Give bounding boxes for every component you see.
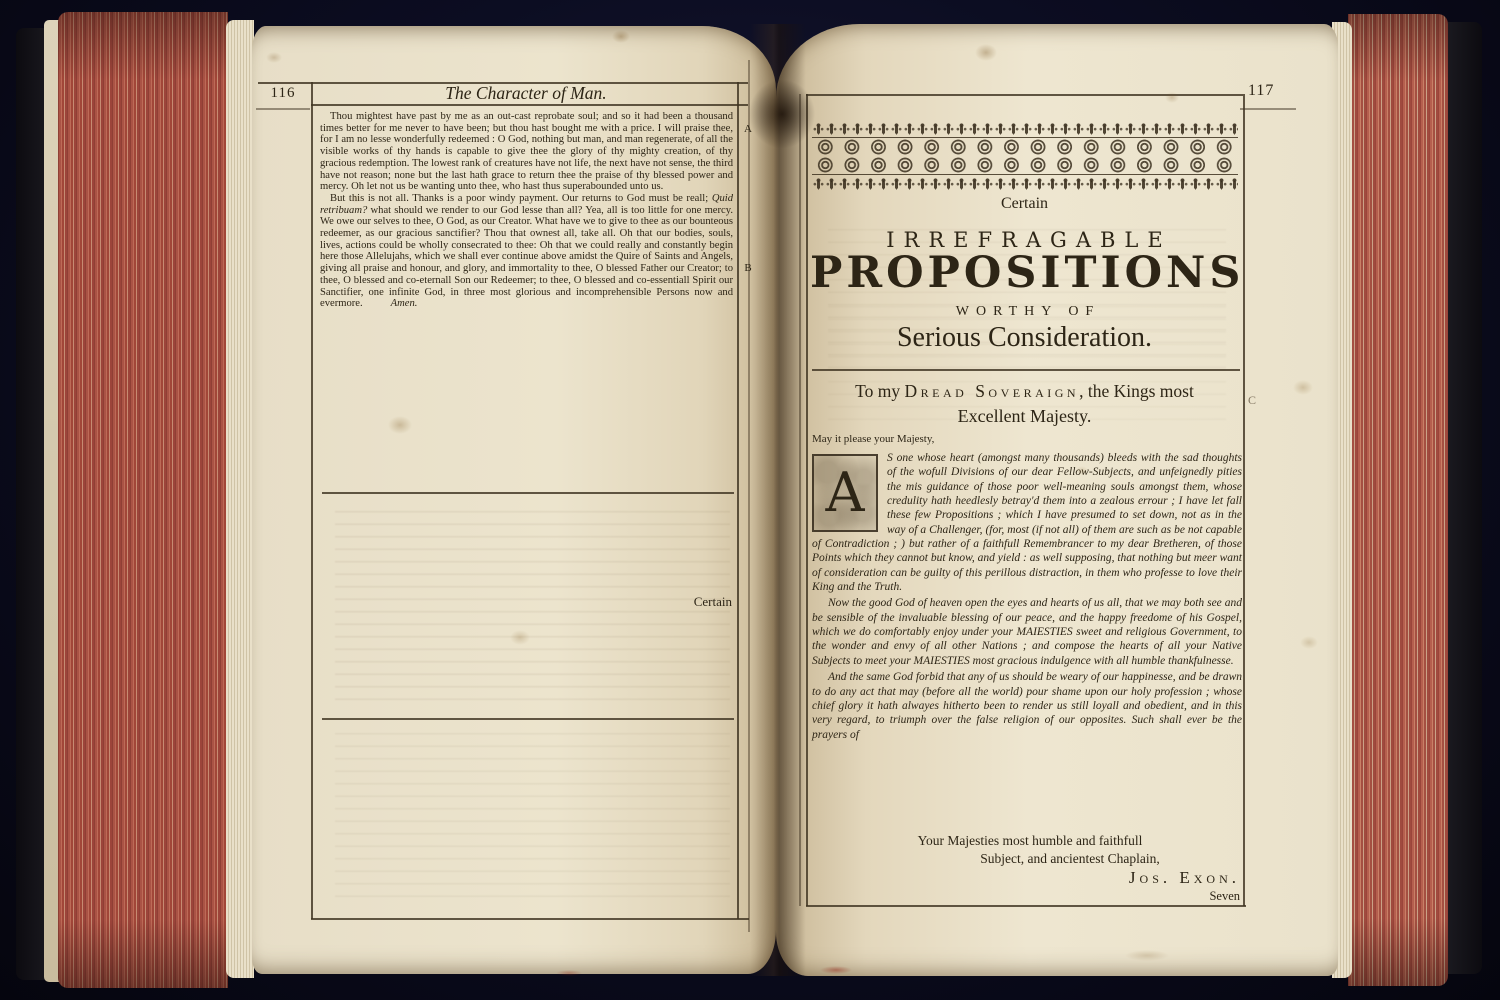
amen: Amen.: [363, 298, 418, 309]
frame-rule: [311, 82, 313, 919]
decorated-initial: A: [812, 454, 878, 532]
red-fore-edge-left: [58, 12, 228, 988]
right-page-number: 117: [1248, 82, 1274, 100]
dread-soveraign-caps: Dread Soveraign: [905, 381, 1080, 401]
frame-rule: [1240, 108, 1296, 110]
frame-rule: [311, 918, 749, 920]
frame-rule: [256, 108, 310, 110]
frame-rule: [1243, 94, 1245, 906]
dedication-line-2: Excellent Majesty.: [806, 406, 1243, 427]
red-fore-edge-right: [1348, 14, 1448, 986]
section-rule: [322, 492, 734, 494]
fleur-de-lis-row: [812, 177, 1238, 190]
frame-rule: [748, 60, 750, 932]
title-serious-consideration: Serious Consideration.: [806, 322, 1243, 354]
frame-rule: [806, 905, 1246, 907]
frame-rule: [799, 94, 801, 906]
left-paragraph-2: But this is not all. Thanks is a poor wi…: [320, 193, 733, 310]
headpiece-ornament-band: [812, 122, 1238, 190]
margin-letter-c: C: [1248, 393, 1256, 408]
fleur-de-lis-row: [812, 122, 1238, 135]
right-catchword: Seven: [1130, 889, 1240, 904]
margin-letter-b: B: [740, 262, 756, 274]
valediction-line-2: Subject, and ancientest Chaplain,: [910, 851, 1230, 867]
title-worthy-of: WORTHY OF: [806, 304, 1243, 320]
author-signature: Jos. Exon.: [1030, 868, 1240, 888]
salutation: May it please your Majesty,: [812, 433, 934, 445]
epistle-text-block: AS one whose heart (amongst many thousan…: [812, 451, 1242, 742]
left-catchword: Certain: [620, 594, 732, 610]
valediction-line-1: Your Majesties most humble and faithfull: [870, 833, 1190, 849]
section-rule: [322, 718, 734, 720]
frame-rule: [737, 82, 739, 919]
left-text-block: Thou mightest have past by me as an out-…: [320, 111, 733, 310]
margin-letter-a: A: [740, 123, 756, 135]
frame-rule: [806, 94, 1243, 96]
page-stack-edge-left: [226, 20, 254, 978]
title-certain: Certain: [806, 195, 1243, 213]
left-paragraph-1: Thou mightest have past by me as an out-…: [320, 111, 733, 193]
rosette-band: [812, 137, 1238, 175]
epistle-paragraph-1: AS one whose heart (amongst many thousan…: [812, 451, 1242, 594]
section-rule: [812, 369, 1240, 371]
title-propositions: PROPOSITIONS: [806, 248, 1243, 298]
frame-rule: [311, 104, 748, 106]
left-running-title: The Character of Man.: [318, 83, 734, 104]
bleed-through-text: [335, 732, 730, 897]
book-photograph: 116 The Character of Man. Thou mightest …: [0, 0, 1500, 1000]
epistle-paragraph-3: And the same God forbid that any of us s…: [812, 670, 1242, 742]
epistle-paragraph-2: Now the good God of heaven open the eyes…: [812, 596, 1242, 668]
dedication-line-1: To my Dread Soveraign, the Kings most: [806, 381, 1243, 402]
left-page-number: 116: [258, 85, 308, 102]
frame-rule: [806, 94, 808, 906]
book-cover-right: [1448, 22, 1482, 974]
